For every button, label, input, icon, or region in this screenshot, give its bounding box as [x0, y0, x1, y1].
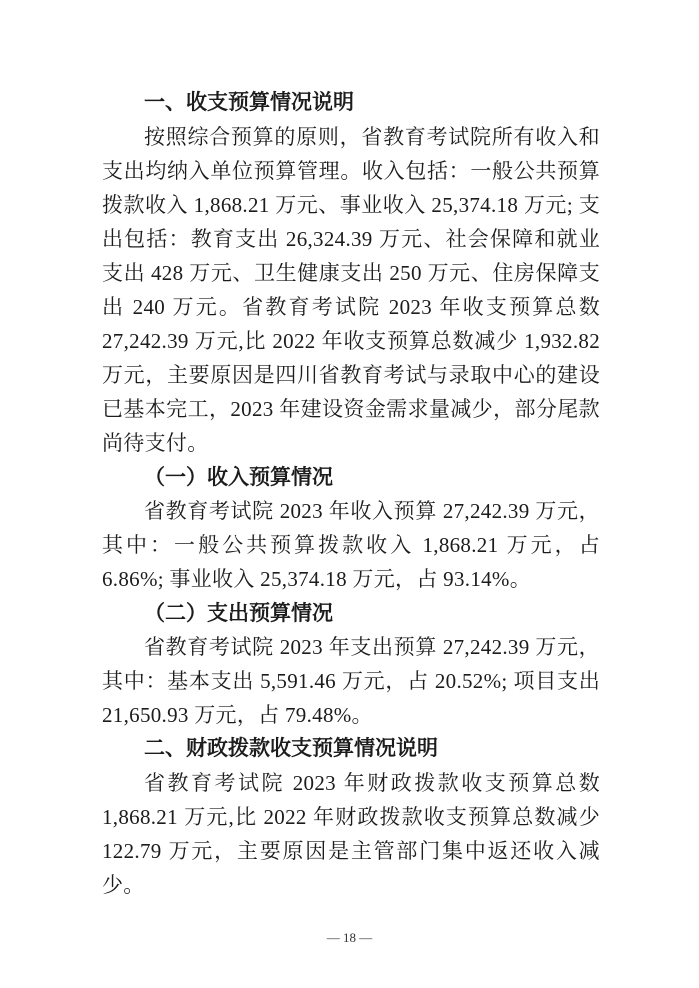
document-page: 一、收支预算情况说明 按照综合预算的原则，省教育考试院所有收入和支出均纳入单位预… — [0, 0, 699, 988]
paragraph-expense-budget: 省教育考试院 2023 年支出预算 27,242.39 万元，其中：基本支出 5… — [102, 630, 600, 732]
document-body: 一、收支预算情况说明 按照综合预算的原则，省教育考试院所有收入和支出均纳入单位预… — [102, 86, 600, 902]
paragraph-fiscal-appropriation: 省教育考试院 2023 年财政拨款收支预算总数 1,868.21 万元,比 20… — [102, 766, 600, 902]
section-heading-budget-overview: 一、收支预算情况说明 — [102, 86, 600, 120]
subsection-heading-income-budget: （一）收入预算情况 — [102, 460, 600, 494]
subsection-heading-expense-budget: （二）支出预算情况 — [102, 596, 600, 630]
page-number: — 18 — — [0, 929, 699, 946]
paragraph-budget-overview: 按照综合预算的原则，省教育考试院所有收入和支出均纳入单位预算管理。收入包括：一般… — [102, 120, 600, 460]
section-heading-fiscal-appropriation: 二、财政拨款收支预算情况说明 — [102, 732, 600, 766]
paragraph-income-budget: 省教育考试院 2023 年收入预算 27,242.39 万元，其中：一般公共预算… — [102, 494, 600, 596]
